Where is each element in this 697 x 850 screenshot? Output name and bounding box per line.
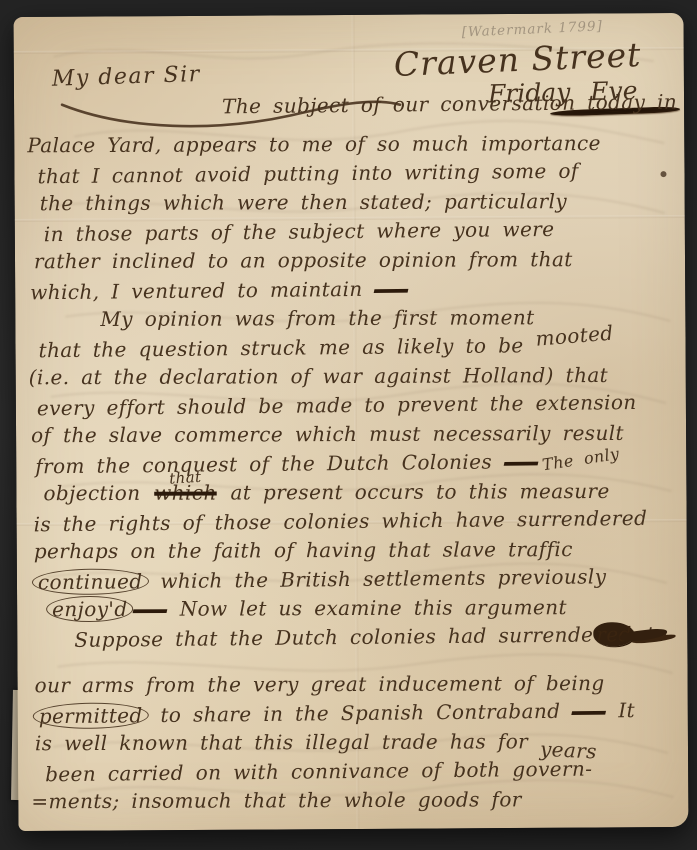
manuscript-line: The subject of our conversation today in <box>27 88 674 124</box>
manuscript-line: =ments; insomuch that the whole goods fo… <box>31 785 678 817</box>
pencil-watermark-note: [Watermark 1799] <box>461 15 681 41</box>
manuscript-line: enjoy'd— Now let us examine this argumen… <box>30 593 677 625</box>
manuscript-line: that the question struck me as likely to… <box>28 330 675 366</box>
manuscript-line: that I cannot avoid putting into writing… <box>27 156 674 192</box>
scan-background: [Watermark 1799] Craven Street Friday Ev… <box>0 0 697 850</box>
manuscript-line: in those parts of the subject where you … <box>28 214 675 250</box>
manuscript-line: rather inclined to an opposite opinion f… <box>28 245 675 277</box>
manuscript-line: which, I ventured to maintain — <box>28 272 675 308</box>
letter-body: The subject of our conversation today in… <box>27 89 678 817</box>
manuscript-line: Suppose that the Dutch colonies had surr… <box>30 620 677 656</box>
manuscript-line: objection thatwhich at present occurs to… <box>29 477 676 509</box>
manuscript-line: every effort should be made to prevent t… <box>29 388 676 424</box>
manuscript-line: perhaps on the faith of having that slav… <box>30 535 677 567</box>
manuscript-line: permitted to share in the Spanish Contra… <box>31 696 678 732</box>
corrected-word: thatwhich <box>154 479 217 508</box>
manuscript-line: from the conquest of the Dutch Colonies … <box>29 446 676 482</box>
manuscript-line: is the rights of those colonies which ha… <box>29 504 676 540</box>
manuscript-line: been carried on with connivance of both … <box>31 754 678 790</box>
manuscript-line: (i.e. at the declaration of war against … <box>29 361 676 393</box>
manuscript-line: continued which the British settlements … <box>30 562 677 598</box>
manuscript-line: is well known that this illegal trade ha… <box>31 727 678 759</box>
manuscript-line: Palace Yard, appears to me of so much im… <box>27 129 674 161</box>
salutation: My dear Sir <box>52 62 202 92</box>
manuscript-paper: [Watermark 1799] Craven Street Friday Ev… <box>14 13 689 831</box>
manuscript-line: the things which were then stated; parti… <box>28 187 675 219</box>
